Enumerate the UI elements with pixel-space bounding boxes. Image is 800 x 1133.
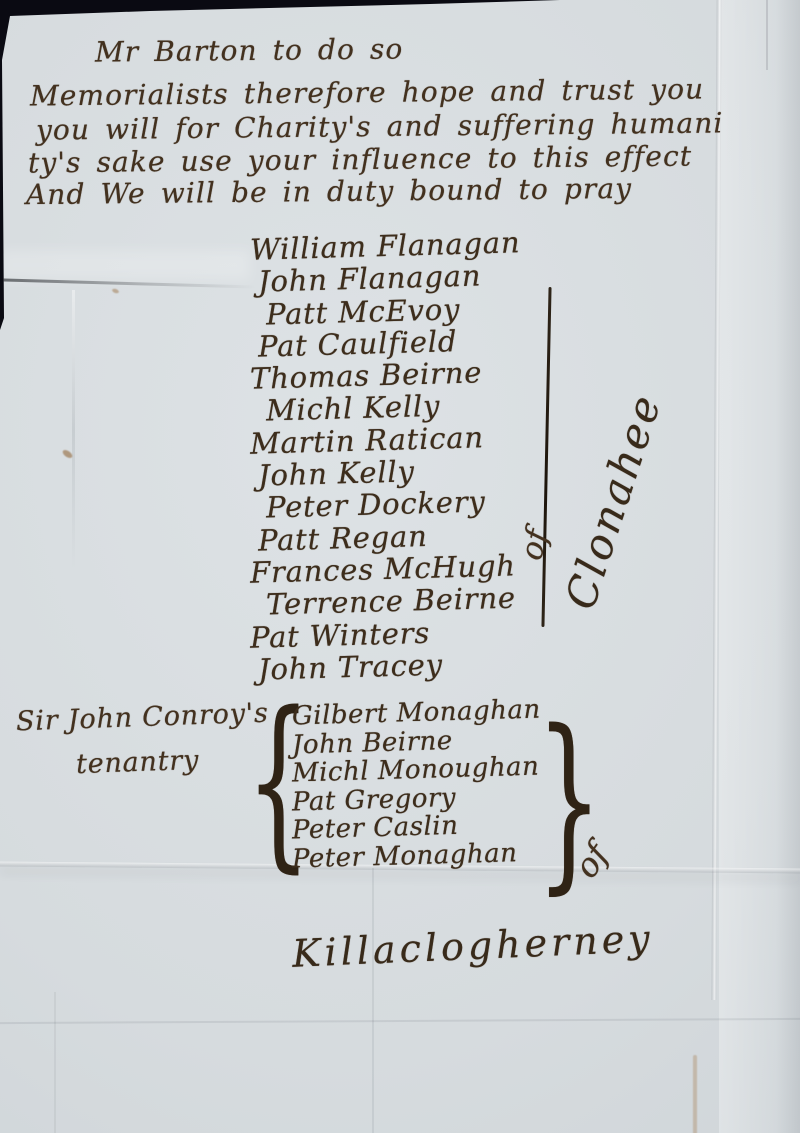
place-name-clonahee: Clonahee	[555, 387, 671, 615]
vertical-crease-top-right	[766, 0, 768, 70]
vertical-crease-left	[72, 290, 75, 570]
clonahee-signature-list: William Flanagan John Flanagan Patt McEv…	[250, 230, 520, 682]
tenantry-label-line2: tenantry	[75, 745, 199, 780]
letter-line: Mr Barton to do so	[95, 32, 404, 68]
foxing-spot	[112, 288, 120, 294]
place-name-killaclogherney: Killaclogherney	[291, 916, 654, 976]
horizontal-crease-lower	[0, 1018, 800, 1024]
letter-page: Mr Barton to do so Memorialists therefor…	[0, 0, 800, 1133]
vertical-crease-bottom-center	[372, 868, 374, 1133]
photograph-of-letter: Mr Barton to do so Memorialists therefor…	[0, 0, 800, 1133]
signature-name: Peter Monaghan	[292, 839, 541, 875]
vertical-crease-bottom-left	[54, 992, 56, 1133]
letter-line: Memorialists therefore hope and trust yo…	[30, 72, 705, 112]
signature-group-bracket-line	[541, 287, 551, 627]
ink-stain-streak	[693, 1055, 697, 1133]
conroy-signature-list: Gilbert Monaghan John Beirne Michl Monou…	[292, 699, 541, 871]
fold-light-band-right	[719, 0, 800, 1133]
letter-line: And We will be in duty bound to pray	[26, 172, 632, 211]
tenantry-label-line1: Sir John Conroy's	[16, 698, 270, 738]
paper-overlap-highlight	[0, 250, 250, 280]
